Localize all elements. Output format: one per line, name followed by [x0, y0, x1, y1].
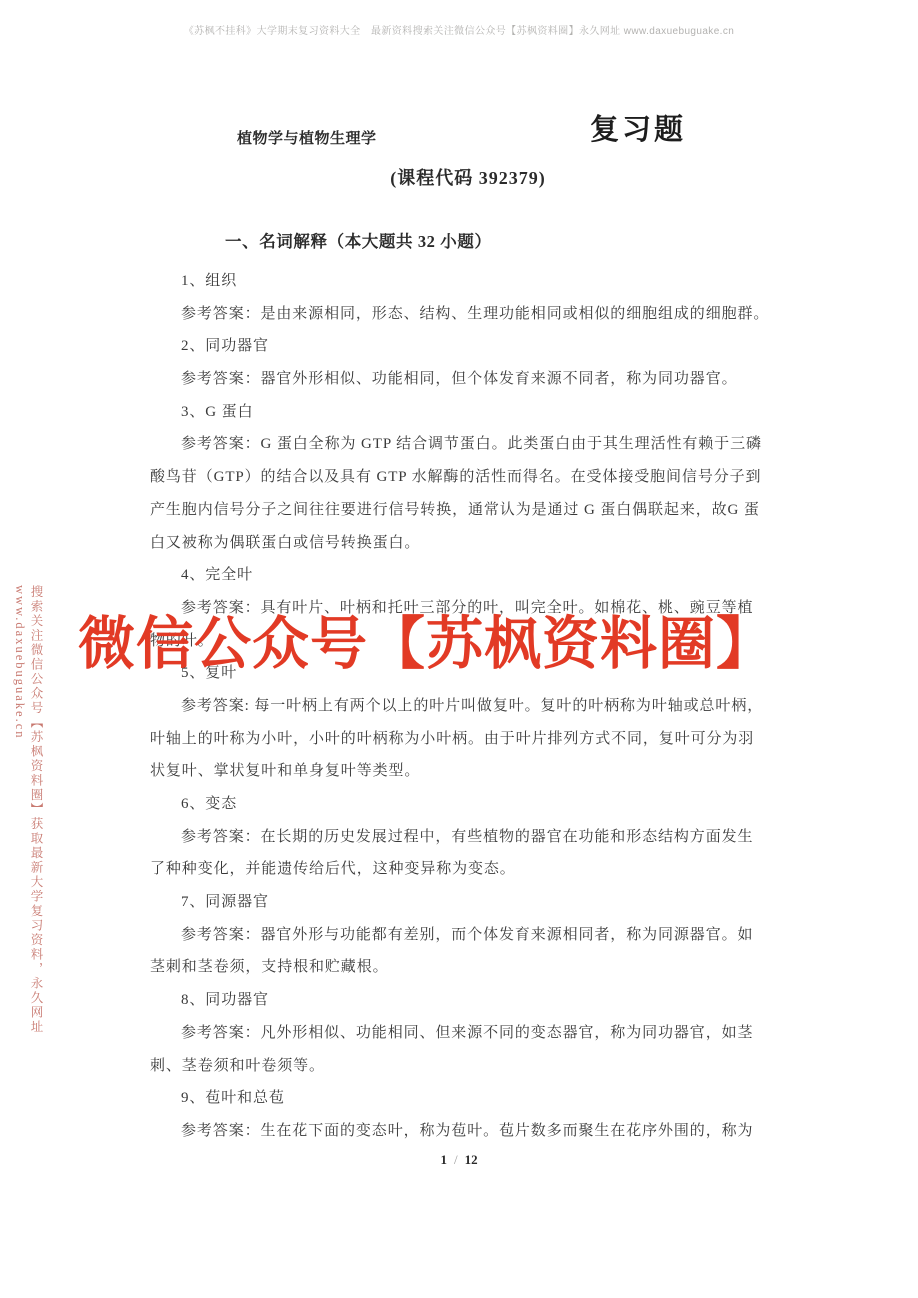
page-title: 复习题 [590, 107, 686, 148]
text-line: 2、同功器官 [150, 330, 786, 363]
page-total: 12 [465, 1152, 478, 1167]
page-separator: / [454, 1152, 458, 1167]
text-line: 8、同功器官 [150, 984, 786, 1017]
text-line: 参考答案：器官外形相似、功能相同，但个体发育来源不同者，称为同功器官。 [150, 363, 786, 396]
title-row: 植物学与植物生理学 复习题 [150, 110, 786, 148]
page-indicator: 1/12 [0, 1152, 918, 1168]
document-body: 1、组织参考答案：是由来源相同，形态、结构、生理功能相同或相似的细胞组成的细胞群… [150, 265, 786, 1148]
document-page: { "page": { "header_note": "《苏枫不挂科》大学期末复… [0, 0, 918, 1298]
text-line: 1、组织 [150, 265, 786, 298]
text-line: 刺、茎卷须和叶卷须等。 [150, 1050, 786, 1083]
section-heading: 一、名词解释（本大题共 32 小题） [225, 228, 786, 252]
text-line: 茎刺和茎卷须，支持根和贮藏根。 [150, 951, 786, 984]
document-content: 植物学与植物生理学 复习题 (课程代码 392379) 一、名词解释（本大题共 … [150, 0, 786, 1148]
text-line: 产生胞内信号分子之间往往要进行信号转换，通常认为是通过 G 蛋白偶联起来，故G … [150, 494, 786, 527]
text-line: 状复叶、掌状复叶和单身复叶等类型。 [150, 755, 786, 788]
text-line: 参考答案：是由来源相同，形态、结构、生理功能相同或相似的细胞组成的细胞群。 [150, 298, 786, 331]
text-line: 参考答案：凡外形相似、功能相同、但来源不同的变态器官，称为同功器官，如茎 [150, 1017, 786, 1050]
page-number: 1 [440, 1152, 447, 1167]
text-line: 酸鸟苷（GTP）的结合以及具有 GTP 水解酶的活性而得名。在受体接受胞间信号分… [150, 461, 786, 494]
text-line: 参考答案：生在花下面的变态叶，称为苞叶。苞片数多而聚生在花序外围的，称为 [150, 1115, 786, 1148]
text-line: 参考答案：器官外形与功能都有差别，而个体发育来源相同者，称为同源器官。如 [150, 919, 786, 952]
side-watermark: 搜索关注微信公众号【苏枫资料圈】获取最新大学复习资料，永久网址www.daxue… [12, 585, 45, 1115]
text-line: 9、苞叶和总苞 [150, 1082, 786, 1115]
text-line: 3、G 蛋白 [150, 396, 786, 429]
text-line: 参考答案：G 蛋白全称为 GTP 结合调节蛋白。此类蛋白由于其生理活性有赖于三磷 [150, 428, 786, 461]
text-line: 叶轴上的叶称为小叶，小叶的叶柄称为小叶柄。由于叶片排列方式不同，复叶可分为羽 [150, 723, 786, 756]
course-title: 植物学与植物生理学 [237, 127, 377, 148]
watermark-overlay: 微信公众号【苏枫资料圈】 [78, 598, 774, 680]
course-code-line: (课程代码 392379) [150, 164, 786, 190]
text-line: 白又被称为偶联蛋白或信号转换蛋白。 [150, 527, 786, 560]
text-line: 了种种变化，并能遗传给后代，这种变异称为变态。 [150, 853, 786, 886]
text-line: 7、同源器官 [150, 886, 786, 919]
text-line: 6、变态 [150, 788, 786, 821]
text-line: 参考答案: 每一叶柄上有两个以上的叶片叫做复叶。复叶的叶柄称为叶轴或总叶柄， [150, 690, 786, 723]
text-line: 4、完全叶 [150, 559, 786, 592]
text-line: 参考答案：在长期的历史发展过程中，有些植物的器官在功能和形态结构方面发生 [150, 821, 786, 854]
